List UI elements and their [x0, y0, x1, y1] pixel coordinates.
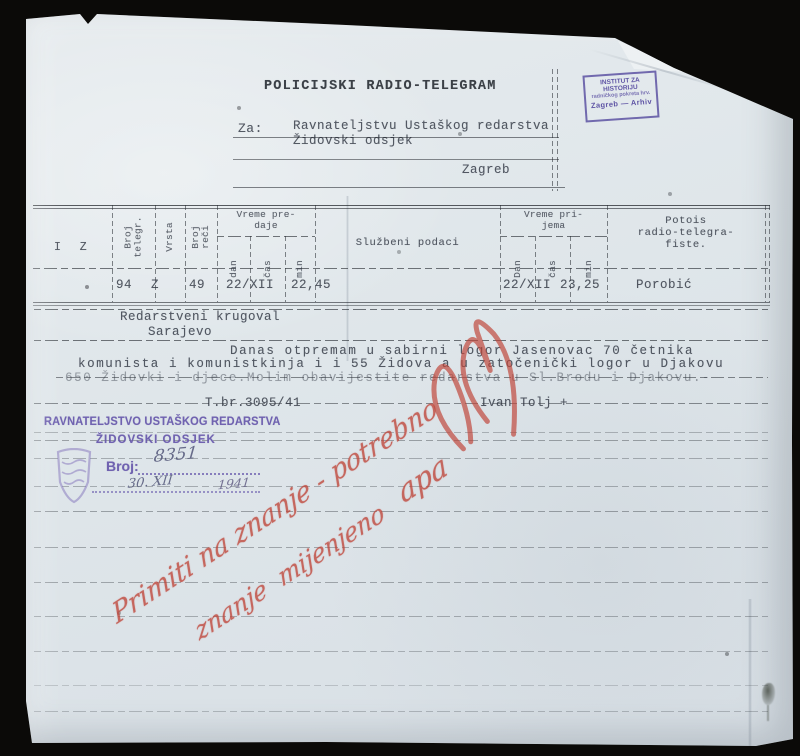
- office-stamp-line1: RAVNATELJSTVO USTAŠKOG REDARSTVA: [44, 416, 281, 428]
- ruled-line: [34, 403, 768, 404]
- ruled-line: [34, 711, 768, 712]
- value-broj-reci: 49: [189, 278, 205, 292]
- right-fold-crease: [748, 599, 752, 747]
- header-prijema-cas: čas: [548, 260, 558, 278]
- ruled-line: [34, 547, 768, 548]
- ink-smudge: [762, 683, 775, 705]
- archive-stamp-line1: INSTITUT ZA HISTORIJU: [585, 76, 656, 95]
- message-signer: Ivan Tolj +: [480, 396, 568, 410]
- telegram-document: POLICIJSKI RADIO-TELEGRAM INSTITUT ZA HI…: [26, 11, 793, 747]
- header-vreme-predaje: Vreme pre- daje: [217, 210, 315, 232]
- ruled-line: [34, 616, 768, 617]
- ink-smudge-tail: [767, 705, 769, 721]
- office-stamp-broj-label: Broj:: [106, 458, 139, 474]
- value-prijema-vreme: 23,25: [560, 278, 600, 292]
- value-predaje-vreme: 22,45: [291, 278, 331, 292]
- ruled-line: [34, 458, 768, 459]
- message-line1: Danas otpremam u sabirni logor Jasenovac…: [230, 344, 694, 358]
- table-border-bottom-2: [33, 305, 770, 306]
- header-predaje-min: min: [295, 260, 305, 278]
- office-stamp-date-value: 30. XII: [127, 473, 173, 492]
- address-rule-2: [233, 159, 559, 160]
- address-recipient-line1: Ravnateljstvu Ustaškog redarstva: [293, 119, 549, 133]
- table-subheader-line-prijema: [500, 236, 607, 237]
- table-column-line: [155, 205, 156, 302]
- ruled-line: [34, 340, 768, 341]
- table-column-line: [112, 205, 113, 302]
- address-city: Zagreb: [462, 163, 510, 177]
- header-vreme-prijema: Vreme pri- jema: [500, 210, 607, 232]
- office-stamp-year-value: 1941: [217, 475, 251, 493]
- table-border-right-2: [769, 205, 770, 302]
- archive-stamp-line2: radničkog pokreta hrv.: [586, 90, 656, 101]
- archive-stamp: INSTITUT ZA HISTORIJU radničkog pokreta …: [582, 70, 659, 122]
- ruled-line: [34, 651, 768, 652]
- office-stamp-emblem-icon: [52, 448, 96, 504]
- sender-line2: Sarajevo: [148, 325, 212, 339]
- office-stamp-broj-value: 8351: [153, 443, 199, 467]
- header-sluzbeni-podaci: Službeni podaci: [315, 237, 500, 249]
- ruled-line: [34, 582, 768, 583]
- paper-specks: [26, 11, 28, 13]
- ruled-line: [34, 511, 768, 512]
- address-recipient-line2: Židovski odsjek: [293, 134, 413, 148]
- office-stamp-line2: ŽIDOVSKI ODSJEK: [96, 434, 216, 446]
- address-label: Za:: [238, 121, 263, 136]
- value-potpis: Porobić: [636, 278, 692, 292]
- table-subcolumn-line: [250, 236, 251, 302]
- archive-stamp-line3: Zagreb — Arhiv: [586, 96, 656, 110]
- vertical-crease: [346, 196, 349, 361]
- office-stamp-date-dotted-line: [92, 490, 260, 493]
- torn-corner-fold: [616, 39, 708, 81]
- header-predaje-cas: čas: [263, 260, 273, 278]
- table-subheader-line-predaje: [217, 236, 315, 237]
- value-prijema-datum: 22/XII: [503, 278, 551, 292]
- header-prijema-dan: Dan: [513, 260, 523, 278]
- table-border-top-1: [33, 205, 770, 206]
- header-predaje-dan: dan: [229, 260, 239, 278]
- ruled-line: [34, 440, 768, 441]
- table-column-line: [185, 205, 186, 302]
- table-column-line: [607, 205, 608, 302]
- handwritten-note-line2: znanje mijenjeno: [191, 497, 388, 647]
- handwritten-signature-flourish: [381, 294, 563, 485]
- message-reference: T.br.3095/41: [205, 396, 301, 410]
- ruled-line-strikethrough: [56, 377, 768, 378]
- header-vrsta: Vrsta: [165, 222, 175, 252]
- sender-line1: Redarstveni krugoval: [120, 310, 280, 324]
- table-border-right-1: [765, 205, 766, 302]
- handwritten-note-line3: apa: [394, 447, 452, 511]
- value-vrsta: Z: [151, 278, 159, 292]
- table-column-line: [217, 205, 218, 302]
- handwritten-annotation: Primiti na znanje - potrebno znanje mije…: [53, 306, 598, 756]
- message-line3-struck: 650 Židovki i djece.Molim obavijestite r…: [65, 371, 711, 385]
- document-title: POLICIJSKI RADIO-TELEGRAM: [264, 79, 497, 94]
- address-rule-1: [233, 137, 559, 138]
- handwritten-note-line1: Primiti na znanje - potrebno: [109, 391, 441, 630]
- header-broj-telegr: Broj telegr.: [124, 216, 144, 257]
- header-broj-reci: Broj reči: [191, 225, 211, 249]
- value-predaje-datum: 22/XII: [226, 278, 274, 292]
- corner-crease: [589, 48, 734, 91]
- table-column-line: [315, 205, 316, 302]
- value-broj-telegr: 94: [116, 278, 132, 292]
- header-potpis: Potois radio-telegra- fiste.: [607, 215, 765, 251]
- address-divider-line-2: [557, 69, 558, 191]
- address-divider-line-1: [552, 69, 553, 191]
- ruled-line: [34, 309, 768, 310]
- ruled-line: [34, 685, 768, 686]
- office-stamp-broj-dotted-line: [138, 472, 260, 475]
- ruled-line: [34, 486, 768, 487]
- table-subcolumn-line: [570, 236, 571, 302]
- table-border-top-2: [33, 208, 770, 209]
- table-header-separator: [33, 268, 770, 269]
- message-line2: komunista i komunistkinja i i 55 Židova …: [78, 357, 724, 371]
- address-rule-3: [233, 187, 565, 188]
- header-iz: I Z: [54, 241, 93, 254]
- header-prijema-min: min: [584, 260, 594, 278]
- table-border-bottom-1: [33, 302, 770, 303]
- table-subcolumn-line: [535, 236, 536, 302]
- table-column-line: [500, 205, 501, 302]
- ruled-line: [34, 432, 768, 433]
- table-subcolumn-line: [285, 236, 286, 302]
